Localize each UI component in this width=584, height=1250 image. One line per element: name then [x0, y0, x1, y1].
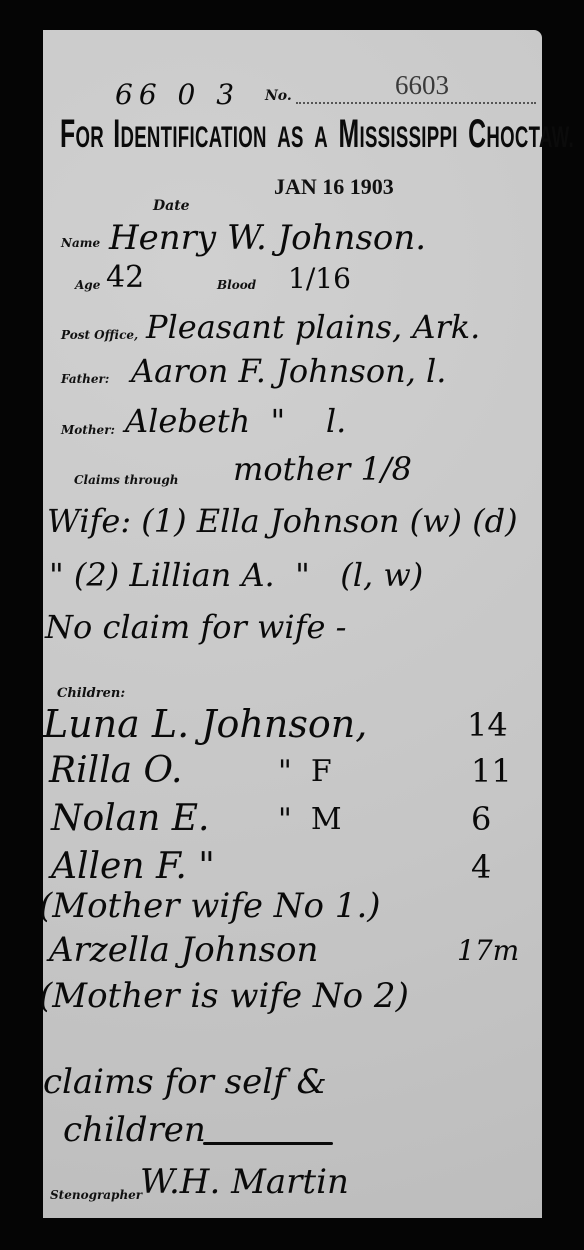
card-title: FOR IDENTIFICATION AS A MISSISSIPPI CHOC… — [60, 112, 574, 157]
wife-note-2: " (2) Lillian A. " (l, w) — [49, 556, 423, 594]
mother-wife-1-note: (Mother wife No 1.) — [39, 886, 381, 926]
claims-through-label: Claims through — [74, 473, 179, 487]
identification-card: 66 0 3 No. 6603 FOR IDENTIFICATION AS A … — [43, 30, 542, 1218]
mother-label: Mother: — [61, 423, 115, 437]
post-office-label: Post Office, — [61, 328, 138, 342]
child-2-age: 11 — [471, 752, 512, 790]
child-4-name: Allen F. " — [51, 846, 215, 887]
child-1-age: 14 — [467, 706, 508, 744]
child-3-name: Nolan E. — [51, 798, 210, 839]
wife-note-1: Wife: (1) Ella Johnson (w) (d) — [47, 502, 518, 540]
post-office-value: Pleasant plains, Ark. — [146, 308, 480, 346]
child-1-name: Luna L. Johnson, — [43, 702, 367, 746]
stenographer-label: Stenographer — [50, 1188, 142, 1202]
child-3-age: 6 — [471, 800, 491, 838]
children-label: Children: — [57, 686, 125, 701]
child-2-sex: " F — [278, 754, 332, 789]
child-3-sex: " M — [278, 802, 342, 837]
claim-note-line-2: children — [63, 1110, 206, 1150]
date-stamp: JAN 16 1903 — [274, 174, 394, 200]
mother-value: Alebeth " l. — [125, 402, 346, 440]
child-4-age: 4 — [471, 848, 491, 886]
child-2-name: Rilla O. — [49, 750, 182, 791]
child-5-age: 17m — [457, 934, 519, 967]
mother-wife-2-note: (Mother is wife No 2) — [39, 976, 409, 1016]
no-label: No. — [265, 88, 292, 104]
handwritten-card-number: 66 0 3 — [115, 78, 240, 111]
name-label: Name — [61, 236, 100, 250]
claim-note-line-1: claims for self & — [43, 1062, 327, 1102]
date-label: Date — [153, 198, 190, 214]
child-5-name: Arzella Johnson — [49, 930, 318, 970]
claims-through-value: mother 1/8 — [233, 450, 412, 488]
name-value: Henry W. Johnson. — [109, 218, 426, 258]
underline-stroke — [203, 1142, 333, 1145]
age-label: Age — [75, 278, 100, 292]
stenographer-signature: W.H. Martin — [140, 1162, 349, 1202]
father-value: Aaron F. Johnson, l. — [131, 352, 446, 390]
father-label: Father: — [61, 372, 109, 386]
age-value: 42 — [106, 260, 144, 295]
stamped-card-number: 6603 — [395, 70, 449, 101]
wife-note-3: No claim for wife - — [45, 608, 346, 646]
blood-value: 1/16 — [288, 262, 351, 295]
blood-label: Blood — [217, 278, 256, 292]
